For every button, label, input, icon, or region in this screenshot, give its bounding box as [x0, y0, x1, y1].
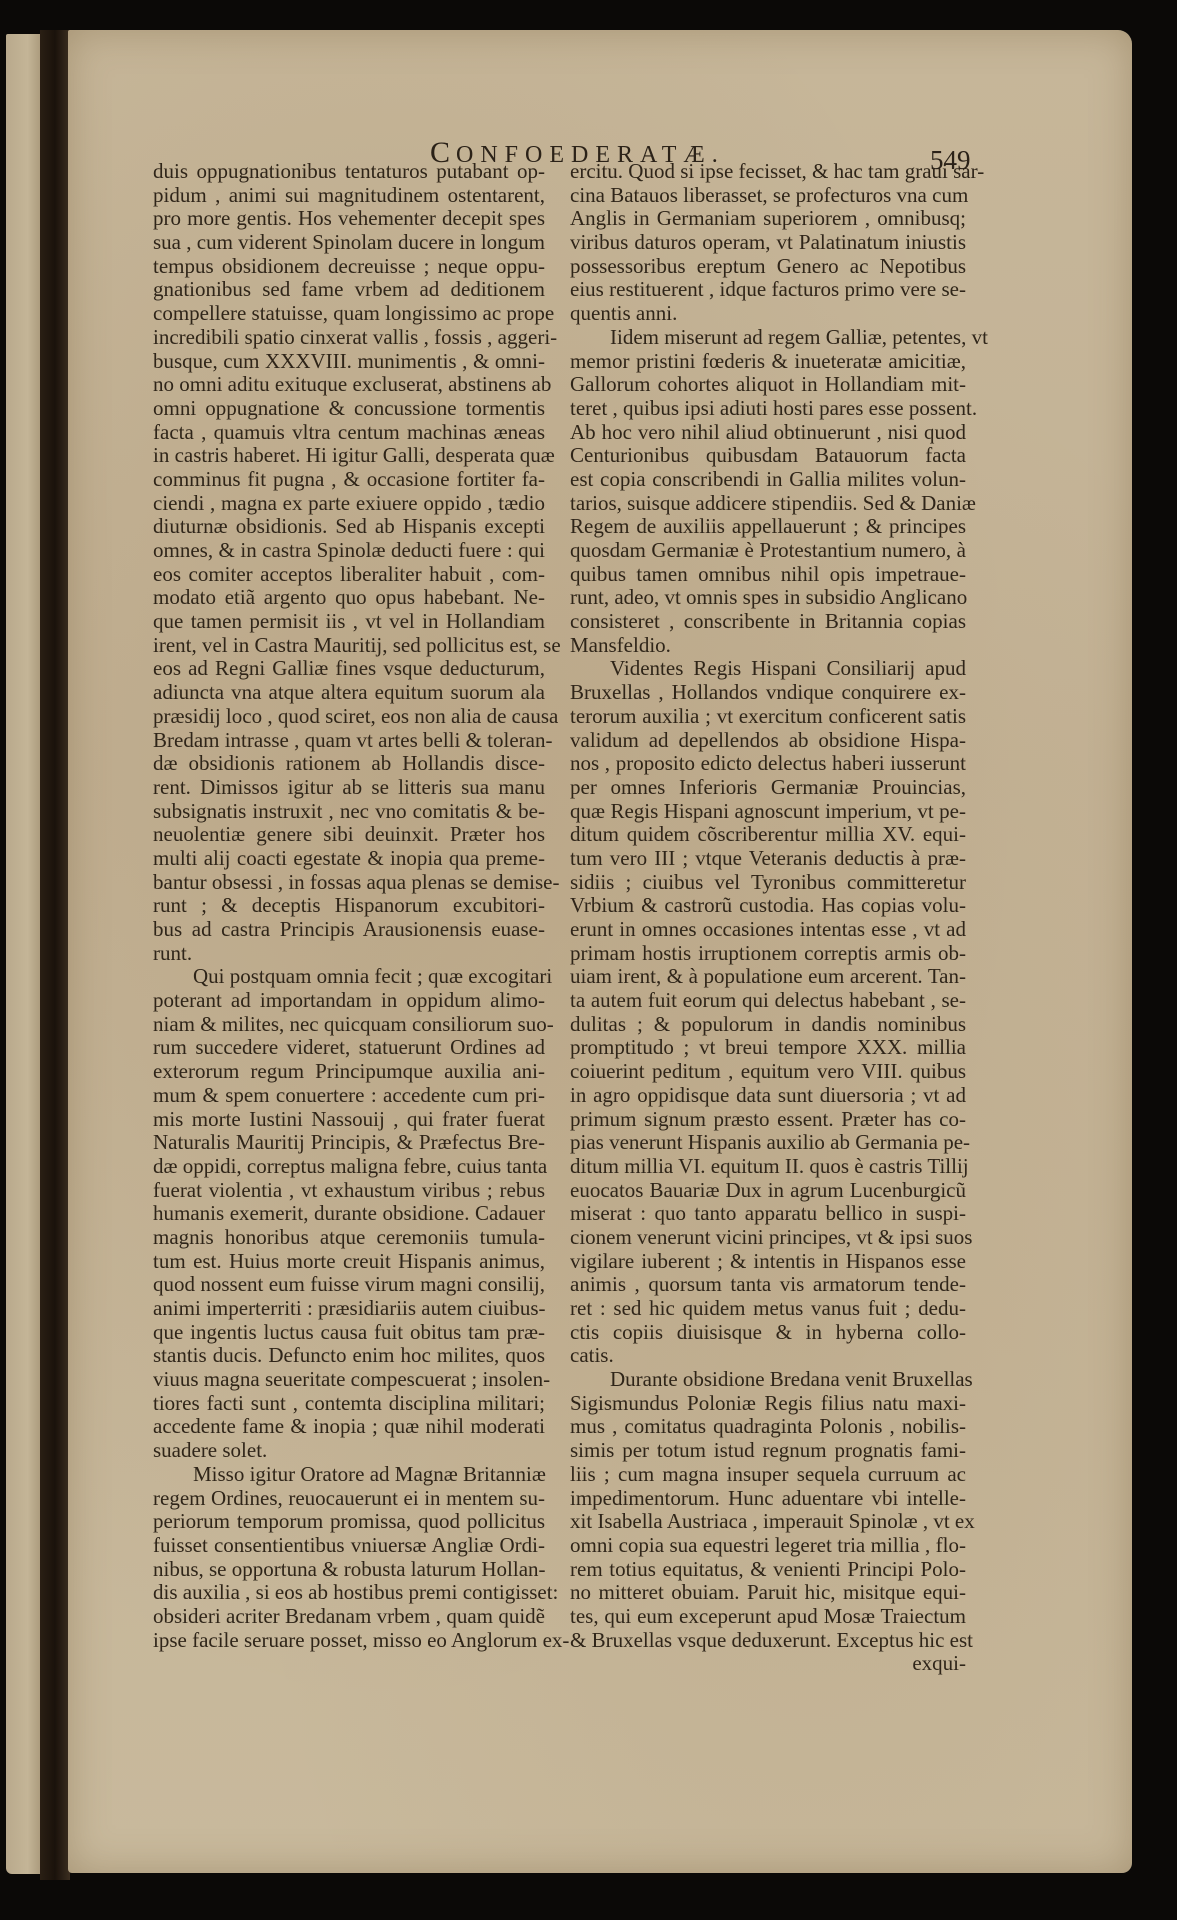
text-line: compellere statuisse, quam longissimo ac…: [153, 302, 545, 326]
text-line: fuisset consentientibus vniuersæ Angliæ …: [153, 1534, 545, 1558]
text-line: per omnes Inferioris Germaniæ Prouincias…: [570, 776, 966, 800]
text-line: catis.: [570, 1344, 966, 1368]
text-line: in castris haberet. Hi igitur Galli, des…: [153, 444, 545, 468]
text-line: dæ oppidi, correptus maligna febre, cuiu…: [153, 1155, 545, 1179]
text-line: humanis exemerit, durante obsidione. Cad…: [153, 1202, 545, 1226]
text-line: gnationibus sed fame vrbem ad deditionem: [153, 278, 545, 302]
right-text-column: ercitu. Quod si ipse fecisset, & hac tam…: [570, 160, 966, 1676]
text-line: rem totius equitatus, & venienti Princip…: [570, 1558, 966, 1582]
text-line: mis morte Iustini Nassouij , qui frater …: [153, 1108, 545, 1132]
text-line: coiuerint peditum , equitum vero VIII. q…: [570, 1060, 966, 1084]
text-line: runt.: [153, 942, 545, 966]
text-line: tum vero III ; vtque Veteranis deductis …: [570, 847, 966, 871]
text-line: tiores facti sunt , contemta disciplina …: [153, 1392, 545, 1416]
text-line: poterant ad importandam in oppidum alimo…: [153, 989, 545, 1013]
text-line: fuerat violentia , vt exhaustum viribus …: [153, 1179, 545, 1203]
text-line: simis per totum istud regnum prognatis f…: [570, 1439, 966, 1463]
text-line: eos ad Regni Galliæ fines vsque deductur…: [153, 657, 545, 681]
text-line: Anglis in Germaniam superiorem , omnibus…: [570, 207, 966, 231]
text-line: que tamen permisit iis , vt vel in Holla…: [153, 610, 545, 634]
text-line: Qui postquam omnia fecit ; quæ excogitar…: [153, 965, 545, 989]
text-line: eius restituerent , idque facturos primo…: [570, 278, 966, 302]
text-line: quosdam Germaniæ è Protestantium numero,…: [570, 539, 966, 563]
text-line: tum est. Huius morte creuit Hispanis ani…: [153, 1250, 545, 1274]
text-line: Videntes Regis Hispani Consiliarij apud: [570, 657, 966, 681]
text-line: mum & spem conuertere : accedente cum pr…: [153, 1084, 545, 1108]
text-line: rum succedere videret, statuerunt Ordine…: [153, 1036, 545, 1060]
text-line: magnis honoribus atque ceremoniis tumula…: [153, 1226, 545, 1250]
text-line: Misso igitur Oratore ad Magnæ Britanniæ: [153, 1463, 545, 1487]
text-line: quæ Regis Hispani agnoscunt imperium, vt…: [570, 800, 966, 824]
text-line: possessoribus ereptum Genero ac Nepotibu…: [570, 255, 966, 279]
text-line: erunt in omnes occasiones intentas esse …: [570, 918, 966, 942]
text-line: facta , quamuis vltra centum machinas æn…: [153, 421, 545, 445]
text-line: accedente fame & inopia ; quæ nihil mode…: [153, 1415, 545, 1439]
text-line: ciendi , magna ex parte exiuere oppido ,…: [153, 492, 545, 516]
text-line: dulitas ; & populorum in dandis nominibu…: [570, 1013, 966, 1037]
text-line: præsidij loco , quod sciret, eos non ali…: [153, 705, 545, 729]
text-line: sidiis ; ciuibus vel Tyronibus committer…: [570, 871, 966, 895]
text-line: runt, adeo, vt omnis spes in subsidio An…: [570, 586, 966, 610]
text-line: liis ; cum magna insuper sequela curruum…: [570, 1463, 966, 1487]
previous-page-edge: [6, 34, 42, 1874]
text-line: que ingentis luctus causa fuit obitus ta…: [153, 1321, 545, 1345]
text-line: primam hostis irruptionem correptis armi…: [570, 942, 966, 966]
text-line: tempus obsidionem decreuisse ; neque opp…: [153, 255, 545, 279]
text-line: quentis anni.: [570, 302, 966, 326]
text-line: ercitu. Quod si ipse fecisset, & hac tam…: [570, 160, 966, 184]
text-line: terorum auxilia ; vt exercitum conficere…: [570, 705, 966, 729]
text-line: memor pristini fœderis & inueteratæ amic…: [570, 350, 966, 374]
text-line: niam & milites, nec quicquam consiliorum…: [153, 1013, 545, 1037]
text-line: impedimentorum. Hunc aduentare vbi intel…: [570, 1487, 966, 1511]
text-line: ret : sed hic quidem metus vanus fuit ; …: [570, 1297, 966, 1321]
text-line: in agro oppidisque data sunt diuersoria …: [570, 1084, 966, 1108]
text-line: promptitudo ; vt breui tempore XXX. mill…: [570, 1036, 966, 1060]
text-line: vigilare iuberent ; & intentis in Hispan…: [570, 1250, 966, 1274]
text-line: bantur obsessi , in fossas aqua plenas s…: [153, 871, 545, 895]
text-line: consisteret , conscribente in Britannia …: [570, 610, 966, 634]
text-line: busque, cum XXXVIII. munimentis , & omni…: [153, 350, 545, 374]
catchword: exqui-: [570, 1652, 966, 1676]
text-line: quod nossent eum fuisse virum magni cons…: [153, 1273, 545, 1297]
text-line: runt ; & deceptis Hispanorum excubitori-: [153, 894, 545, 918]
text-line: Bruxellas , Hollandos vndique conquirere…: [570, 681, 966, 705]
text-line: nibus, se opportuna & robusta laturum Ho…: [153, 1558, 545, 1582]
text-line: ditum millia VI. equitum II. quos è cast…: [570, 1155, 966, 1179]
text-line: neuolentiæ genere sibi deuinxit. Præter …: [153, 823, 545, 847]
text-line: dæ obsidionis rationem ab Hollandis disc…: [153, 752, 545, 776]
text-line: omni oppugnatione & concussione tormenti…: [153, 397, 545, 421]
text-line: suadere solet.: [153, 1439, 545, 1463]
text-line: pias venerunt Hispanis auxilio ab German…: [570, 1131, 966, 1155]
text-line: xit Isabella Austriaca , imperauit Spino…: [570, 1510, 966, 1534]
text-line: Gallorum cohortes aliquot in Hollandiam …: [570, 373, 966, 397]
text-line: animi imperterriti : præsidiariis autem …: [153, 1297, 545, 1321]
text-line: eos comiter acceptos liberaliter habuit …: [153, 563, 545, 587]
text-line: comminus fit pugna , & occasione fortite…: [153, 468, 545, 492]
text-line: ctis copiis diuisisque & in hyberna coll…: [570, 1321, 966, 1345]
text-line: mus , comitatus quadraginta Polonis , no…: [570, 1415, 966, 1439]
text-line: no omni aditu exituque excluserat, absti…: [153, 373, 545, 397]
text-line: duis oppugnationibus tentaturos putabant…: [153, 160, 545, 184]
text-line: modato etiã argento quo opus habebant. N…: [153, 586, 545, 610]
text-line: Mansfeldio.: [570, 634, 966, 658]
text-line: diuturnæ obsidionis. Sed ab Hispanis exc…: [153, 515, 545, 539]
text-line: regem Ordines, reuocauerunt ei in mentem…: [153, 1487, 545, 1511]
text-line: ta autem fuit eorum qui delectus habeban…: [570, 989, 966, 1013]
text-line: exterorum regum Principumque auxilia ani…: [153, 1060, 545, 1084]
text-line: omnes, & in castra Spinolæ deducti fuere…: [153, 539, 545, 563]
text-line: rent. Dimissos igitur ab se litteris sua…: [153, 776, 545, 800]
text-line: adiuncta vna atque altera equitum suorum…: [153, 681, 545, 705]
text-line: incredibili spatio cinxerat vallis , fos…: [153, 326, 545, 350]
text-line: est copia conscribendi in Gallia milites…: [570, 468, 966, 492]
text-line: Iidem miserunt ad regem Galliæ, petentes…: [570, 326, 966, 350]
text-line: & Bruxellas vsque deduxerunt. Exceptus h…: [570, 1629, 966, 1653]
text-line: stantis ducis. Defuncto enim hoc milites…: [153, 1344, 545, 1368]
text-line: pidum , animi sui magnitudinem ostentare…: [153, 184, 545, 208]
text-line: uiam irent, & à populatione eum arcerent…: [570, 965, 966, 989]
text-line: periorum temporum promissa, quod pollici…: [153, 1510, 545, 1534]
text-line: ditum quidem cõscriberentur millia XV. e…: [570, 823, 966, 847]
text-line: teret , quibus ipsi adiuti hosti pares e…: [570, 397, 966, 421]
text-line: bus ad castra Principis Arausionensis eu…: [153, 918, 545, 942]
text-line: Ab hoc vero nihil aliud obtinuerunt , ni…: [570, 421, 966, 445]
text-line: nos , proposito edicto delectus haberi i…: [570, 752, 966, 776]
text-line: dis auxilia , si eos ab hostibus premi c…: [153, 1581, 545, 1605]
text-line: Centurionibus quibusdam Batauorum facta: [570, 444, 966, 468]
text-line: tes, qui eum exceperunt apud Mosæ Traiec…: [570, 1605, 966, 1629]
text-line: Regem de auxiliis appellauerunt ; & prin…: [570, 515, 966, 539]
text-line: miserat : quo tanto apparatu bellico in …: [570, 1202, 966, 1226]
text-line: animis , quorsum tanta vis armatorum ten…: [570, 1273, 966, 1297]
text-line: ipse facile seruare posset, misso eo Ang…: [153, 1629, 545, 1653]
text-line: pro more gentis. Hos vehementer decepit …: [153, 207, 545, 231]
text-line: no mitteret obuiam. Paruit hic, misitque…: [570, 1581, 966, 1605]
text-line: viribus daturos operam, vt Palatinatum i…: [570, 231, 966, 255]
text-line: multi alij coacti egestate & inopia qua …: [153, 847, 545, 871]
left-text-column: duis oppugnationibus tentaturos putabant…: [153, 160, 545, 1652]
text-line: obsideri acriter Bredanam vrbem , quam q…: [153, 1605, 545, 1629]
text-line: Sigismundus Poloniæ Regis filius natu ma…: [570, 1392, 966, 1416]
text-line: Vrbium & castrorũ custodia. Has copias v…: [570, 894, 966, 918]
text-line: cionem venerunt vicini principes, vt & i…: [570, 1226, 966, 1250]
text-line: viuus magna seueritate compescuerat ; in…: [153, 1368, 545, 1392]
text-line: irent, vel in Castra Mauritij, sed polli…: [153, 634, 545, 658]
text-line: omni copia sua equestri legeret tria mil…: [570, 1534, 966, 1558]
text-line: euocatos Bauariæ Dux in agrum Lucenburgi…: [570, 1179, 966, 1203]
text-line: subsignatis instruxit , nec vno comitati…: [153, 800, 545, 824]
text-line: quibus tamen omnibus nihil opis impetrau…: [570, 563, 966, 587]
text-line: cina Batauos liberasset, se profecturos …: [570, 184, 966, 208]
text-line: Bredam intrasse , quam vt artes belli & …: [153, 729, 545, 753]
text-line: tarios, suisque addicere stipendiis. Sed…: [570, 492, 966, 516]
text-line: Naturalis Mauritij Principis, & Præfectu…: [153, 1131, 545, 1155]
text-line: validum ad depellendos ab obsidione Hisp…: [570, 729, 966, 753]
binding-gutter: [40, 30, 70, 1880]
text-line: sua , cum viderent Spinolam ducere in lo…: [153, 231, 545, 255]
text-line: Durante obsidione Bredana venit Bruxella…: [570, 1368, 966, 1392]
text-line: primum signum præsto essent. Præter has …: [570, 1108, 966, 1132]
